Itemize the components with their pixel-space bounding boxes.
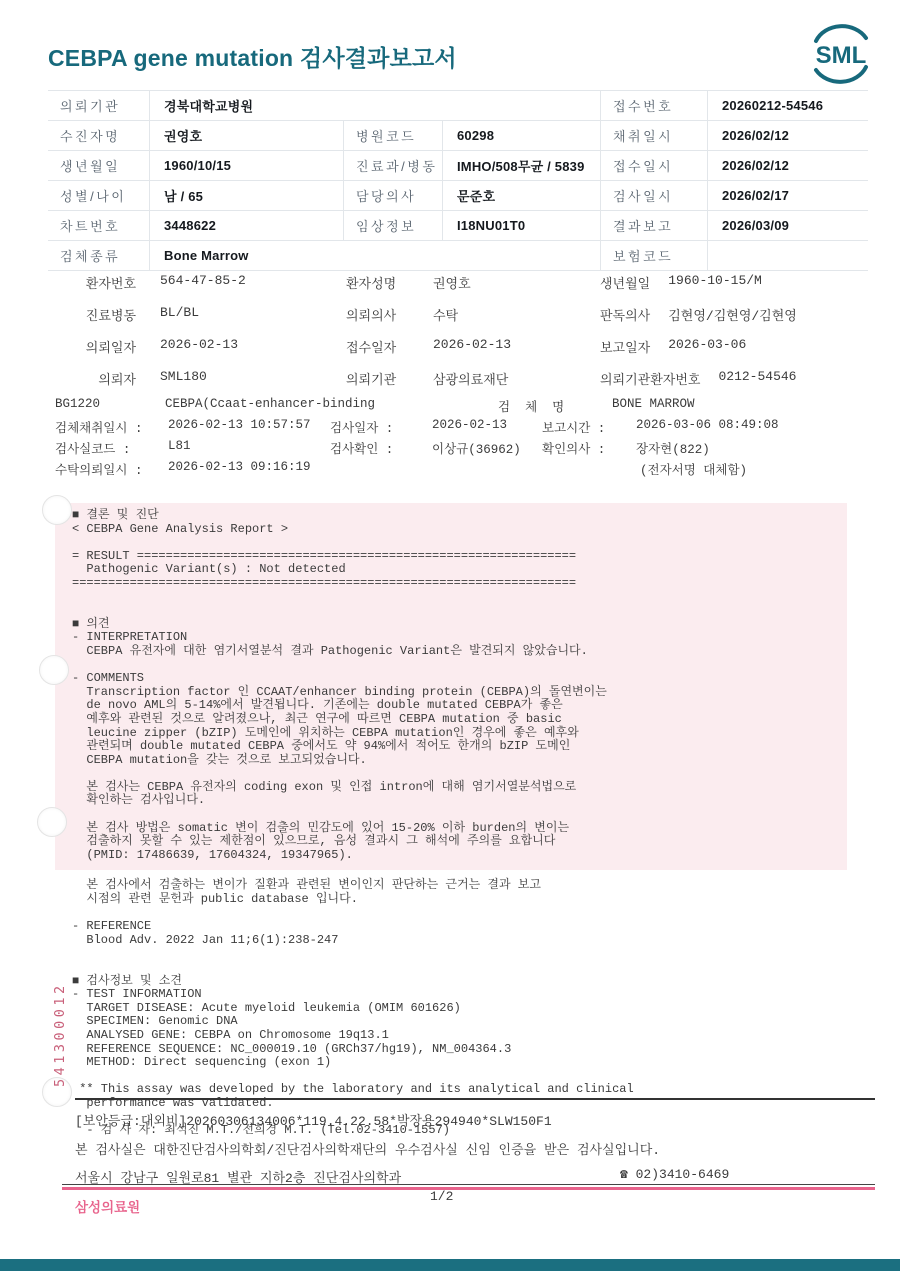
- row-label: 검사일시: [600, 181, 708, 210]
- row-label: 보험코드: [600, 241, 708, 270]
- patient-scan-row: 환자번호 564-47-85-2 환자성명 권영호 생년월일1960-10-15…: [0, 273, 900, 293]
- patient-info-table: 의뢰기관 경북대학교병원 접수번호 20260212-54546 수진자명 권영…: [48, 90, 868, 271]
- row-label: 진료과/병동: [343, 151, 443, 180]
- field-label: 환자번호: [58, 273, 136, 292]
- bottom-accent-bar: [0, 1259, 900, 1271]
- row-value: 60298: [443, 128, 600, 143]
- field-label: 생년월일: [600, 273, 650, 292]
- table-row: 의뢰기관 경북대학교병원 접수번호 20260212-54546: [48, 91, 868, 121]
- field-value: 장자현(822): [636, 439, 710, 457]
- field-label: 의뢰기관: [346, 369, 396, 388]
- row-label: 병원코드: [343, 121, 443, 150]
- certification-line: 본 검사실은 대한진단검사의학회/진단검사의학재단의 우수검사실 신임 인증을 …: [75, 1139, 660, 1158]
- result-section: ■ 결론 및 진단 < CEBPA Gene Analysis Report >…: [55, 503, 847, 870]
- test-name: CEBPA(Ccaat-enhancer-binding: [165, 397, 375, 411]
- svg-text:SML: SML: [816, 42, 867, 69]
- field-label: 보고시간 :: [542, 418, 605, 436]
- row-label: 담당의사: [343, 181, 443, 210]
- field-label: 환자성명: [346, 273, 396, 292]
- row-value: 2026/02/17: [708, 188, 868, 203]
- field-value: 수탁: [433, 305, 458, 324]
- row-value: 권영호: [150, 126, 343, 145]
- field-value: 2026-03-06 08:49:08: [636, 418, 779, 432]
- field-label: 의뢰일자: [58, 337, 136, 356]
- field-value: 564-47-85-2: [160, 273, 246, 288]
- row-label: 생년월일: [48, 151, 150, 180]
- row-value: 20260212-54546: [708, 98, 868, 113]
- table-row: 성별/나이 남 / 65 담당의사 문준호 검사일시 2026/02/17: [48, 181, 868, 211]
- row-label: 검체종류: [48, 241, 150, 270]
- field-value: 권영호: [433, 273, 471, 292]
- security-line: [보안등급:대외비]20260306134006*119.4.22.58*박장용…: [75, 1110, 552, 1129]
- patient-scan-row: 의뢰자 SML180 의뢰기관 삼광의료재단 의뢰기관환자번호0212-5454…: [0, 369, 900, 389]
- field-value: 이상규(36962): [432, 439, 521, 457]
- specimen-type: BONE MARROW: [612, 397, 695, 411]
- field-value: L81: [168, 439, 191, 453]
- report-body: ■ 결론 및 진단 < CEBPA Gene Analysis Report >…: [55, 503, 847, 1138]
- field-value: 2026-02-13: [432, 418, 507, 432]
- patient-scan-row: 진료병동 BL/BL 의뢰의사 수탁 판독의사김현영/김현영/김현영: [0, 305, 900, 325]
- row-value: IMHO/508무균 / 5839: [443, 156, 600, 175]
- field-label: 검체채취일시 :: [55, 418, 142, 436]
- table-row: 차트번호 3448622 임상정보 I18NU01T0 결과보고 2026/03…: [48, 211, 868, 241]
- table-row: 수진자명 권영호 병원코드 60298 채취일시 2026/02/12: [48, 121, 868, 151]
- row-label: 채취일시: [600, 121, 708, 150]
- field-value: 2026-02-13 10:57:57: [168, 418, 311, 432]
- test-header-row: 검사실코드 : L81 검사확인 : 이상규(36962) 확인의사 : 장자현…: [0, 439, 900, 457]
- field-value: 삼광의료재단: [433, 369, 508, 388]
- field-label: 검사확인 :: [330, 439, 393, 457]
- row-value: 문준호: [443, 186, 600, 205]
- row-value: I18NU01T0: [443, 218, 600, 233]
- field-value: 0212-54546: [718, 369, 796, 388]
- field-label: 검사실코드 :: [55, 439, 130, 457]
- row-label: 결과보고: [600, 211, 708, 240]
- field-label: 검사일자 :: [330, 418, 393, 436]
- lab-report-page: CEBPA gene mutation 검사결과보고서 SML 의뢰기관 경북대…: [0, 0, 900, 1271]
- field-value: 2026-02-13: [160, 337, 238, 352]
- row-label: 접수일시: [600, 151, 708, 180]
- footer-rule-dark: [62, 1184, 875, 1185]
- field-label: 의뢰의사: [346, 305, 396, 324]
- hospital-name: 삼성의료원: [75, 1196, 140, 1216]
- sml-logo-icon: SML: [806, 24, 876, 84]
- field-label: 접수일자: [346, 337, 396, 356]
- test-header-row: 수탁의뢰일시 : 2026-02-13 09:16:19 (전자서명 대체함): [0, 460, 900, 478]
- punch-hole: [39, 655, 69, 685]
- table-row: 검체종류 Bone Marrow 보험코드: [48, 241, 868, 271]
- test-header-row: 검체채취일시 : 2026-02-13 10:57:57 검사일자 : 2026…: [0, 418, 900, 436]
- row-value: 2026/03/09: [708, 218, 868, 233]
- field-label: 수탁의뢰일시 :: [55, 460, 142, 478]
- footer-separator-line: [75, 1098, 875, 1100]
- field-value: BL/BL: [160, 305, 199, 320]
- row-value: 3448622: [150, 218, 343, 233]
- field-label: 진료병동: [58, 305, 136, 324]
- footer-rule-pink: [62, 1187, 875, 1190]
- row-label: 차트번호: [48, 211, 150, 240]
- esign-note: (전자서명 대체함): [640, 460, 747, 478]
- page-number: 1/2: [430, 1189, 453, 1204]
- field-value: 1960-10-15/M: [668, 273, 762, 292]
- field-value: 김현영/김현영/김현영: [668, 305, 797, 324]
- test-header-row: BG1220 CEBPA(Ccaat-enhancer-binding 검 체 …: [0, 397, 900, 415]
- field-label: 판독의사: [600, 305, 650, 324]
- field-label: 의뢰자: [58, 369, 136, 388]
- row-label: 임상정보: [343, 211, 443, 240]
- row-label: 성별/나이: [48, 181, 150, 210]
- field-label: 확인의사 :: [542, 439, 605, 457]
- row-label: 접수번호: [600, 91, 708, 120]
- row-value: 1960/10/15: [150, 158, 343, 173]
- field-value: 2026-03-06: [668, 337, 746, 356]
- punch-hole: [37, 807, 67, 837]
- field-value: 2026-02-13: [433, 337, 511, 352]
- field-value: 2026-02-13 09:16:19: [168, 460, 311, 474]
- field-label: 보고일자: [600, 337, 650, 356]
- lab-phone: ☎ 02)3410-6469: [620, 1167, 729, 1182]
- field-value: SML180: [160, 369, 207, 384]
- field-label: 의뢰기관환자번호: [600, 369, 700, 388]
- page-title: CEBPA gene mutation 검사결과보고서: [48, 40, 457, 73]
- row-value: 경북대학교병원: [150, 96, 600, 115]
- row-label: 수진자명: [48, 121, 150, 150]
- row-value: 2026/02/12: [708, 158, 868, 173]
- patient-scan-row: 의뢰일자 2026-02-13 접수일자 2026-02-13 보고일자2026…: [0, 337, 900, 357]
- row-label: 의뢰기관: [48, 91, 150, 120]
- row-value: Bone Marrow: [150, 248, 600, 263]
- row-value: 2026/02/12: [708, 128, 868, 143]
- test-code: BG1220: [55, 397, 100, 411]
- field-label: 검 체 명: [498, 397, 564, 415]
- specimen-number-vertical: 541300012: [52, 982, 68, 1087]
- row-value: 남 / 65: [150, 186, 343, 205]
- punch-hole: [42, 495, 72, 525]
- table-row: 생년월일 1960/10/15 진료과/병동 IMHO/508무균 / 5839…: [48, 151, 868, 181]
